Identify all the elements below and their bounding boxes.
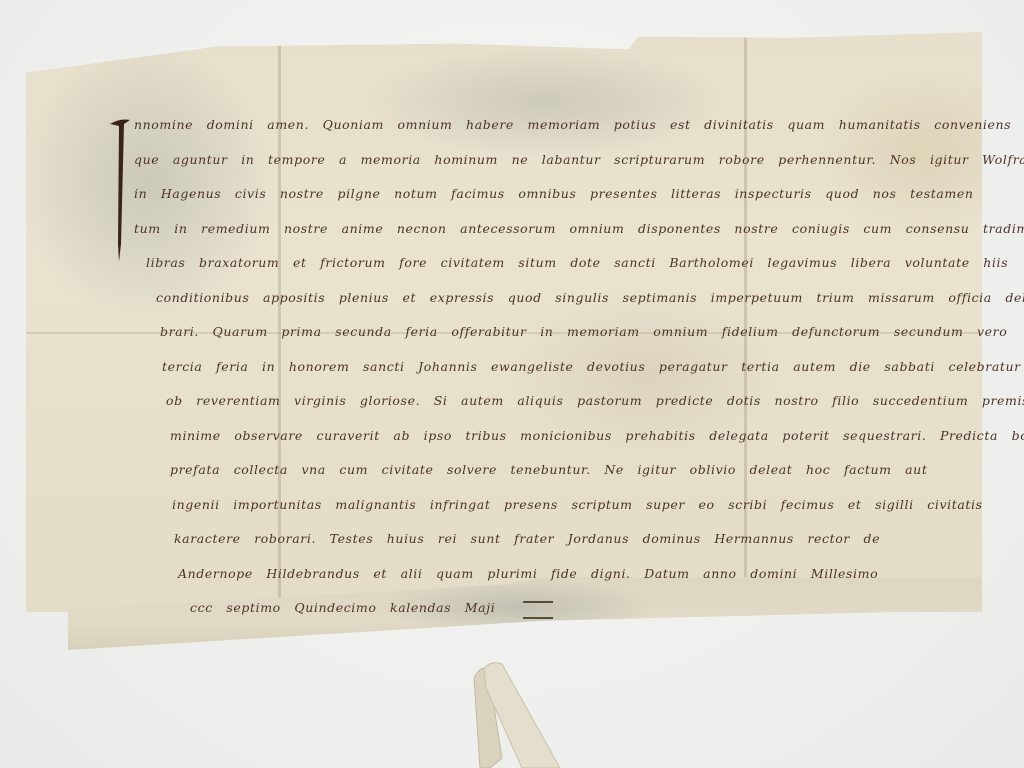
charter-text: nnomine domini amen. Quoniam omnium habe…: [118, 110, 938, 628]
text-line: karactere roborari. Testes huius rei sun…: [118, 524, 938, 559]
text-line: in Hagenus civis nostre pilgne notum fac…: [118, 179, 938, 214]
decorated-initial-i: [110, 114, 132, 264]
text-line: prefata collecta vna cum civitate solver…: [118, 455, 938, 490]
text-line: ccc septimo Quindecimo kalendas Maji: [118, 593, 938, 628]
text-line: nnomine domini amen. Quoniam omnium habe…: [118, 110, 938, 145]
text-line: que aguntur in tempore a memoria hominum…: [118, 145, 938, 180]
text-line: tercia feria in honorem sancti Johannis …: [118, 352, 938, 387]
text-line: minime observare curaverit ab ipso tribu…: [118, 421, 938, 456]
text-line: Andernope Hildebrandus et alii quam plur…: [118, 559, 938, 594]
parchment-seal-tag: [462, 658, 562, 768]
text-line: tum in remedium nostre anime necnon ante…: [118, 214, 938, 249]
text-line: libras braxatorum et frictorum fore civi…: [118, 248, 938, 283]
text-line: brari. Quarum prima secunda feria offera…: [118, 317, 938, 352]
text-line: conditionibus appositis plenius et expre…: [118, 283, 938, 318]
text-line: ob reverentiam virginis gloriose. Si aut…: [118, 386, 938, 421]
text-line: ingenii importunitas malignantis infring…: [118, 490, 938, 525]
